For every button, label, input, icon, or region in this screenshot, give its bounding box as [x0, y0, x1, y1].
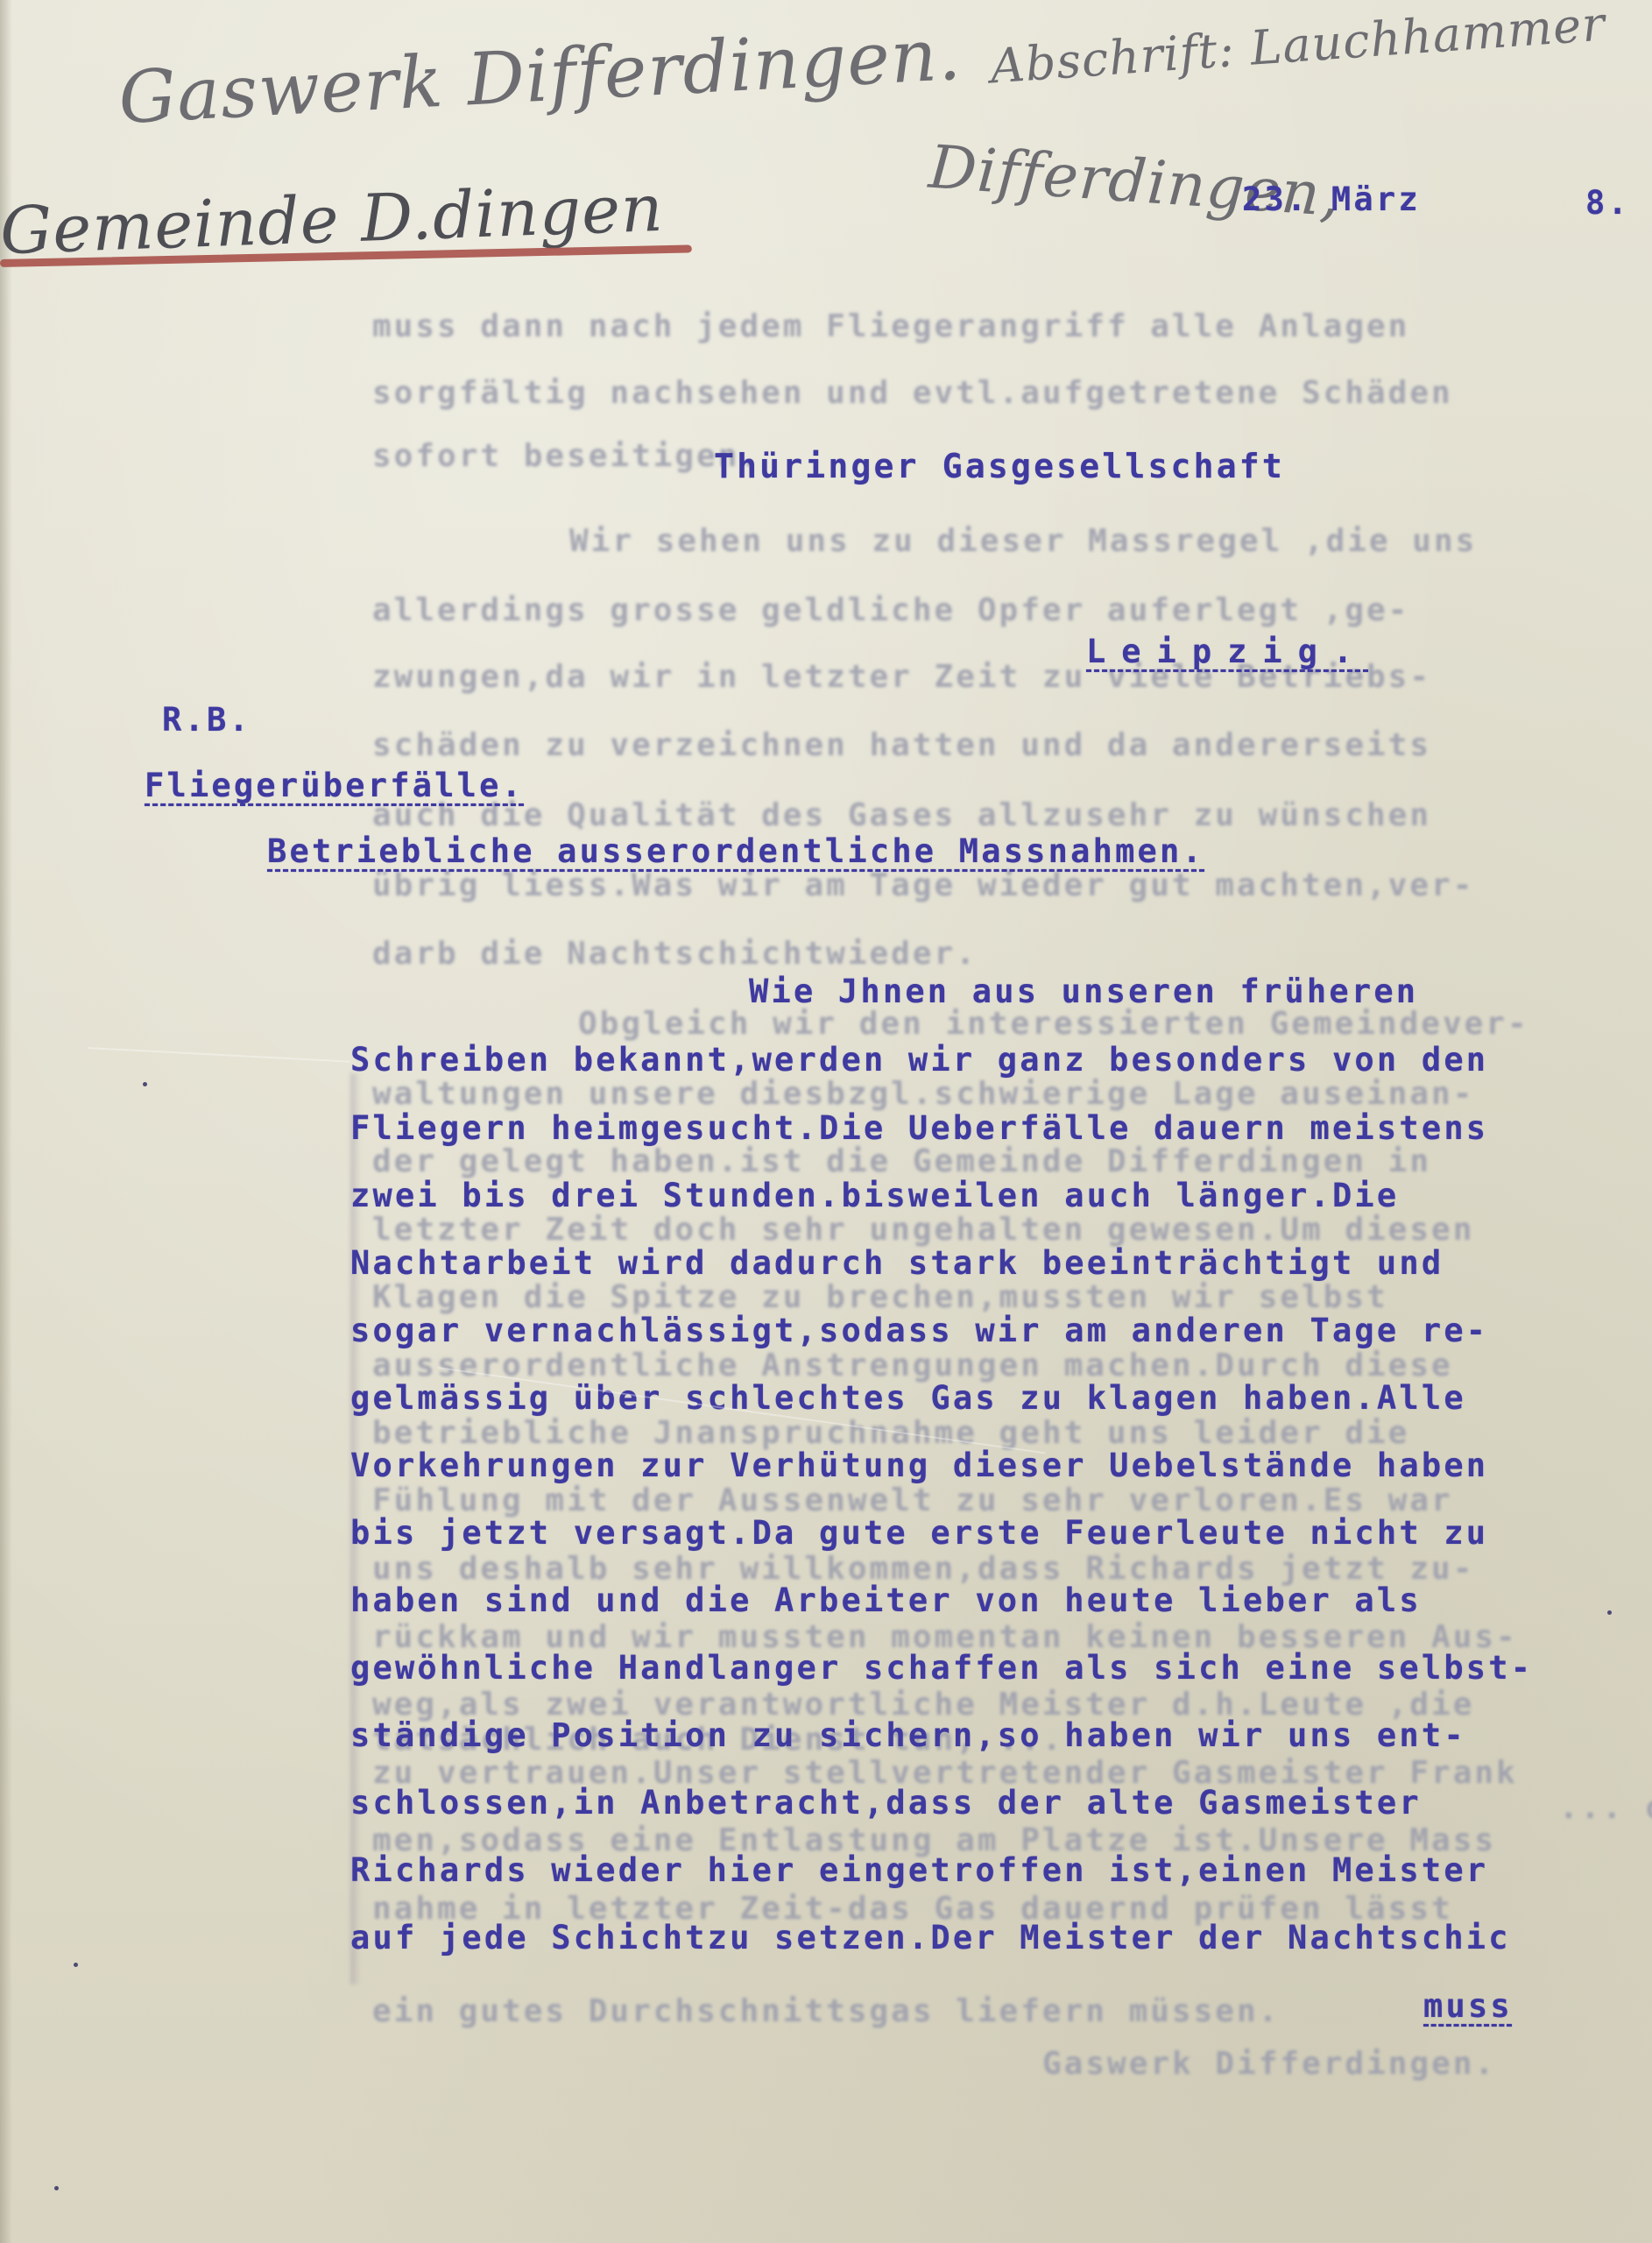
ghost-line: darb die Nachtschichtwieder. [372, 936, 978, 972]
body-line: Richards wieder hier eingetroffen ist,ei… [350, 1851, 1488, 1889]
ghost-line: auch die Qualität des Gases allzusehr zu… [372, 797, 1431, 833]
body-line: Nachtarbeit wird dadurch stark beeinträc… [350, 1244, 1444, 1282]
ghost-line: allerdings grosse geldliche Opfer auferl… [372, 592, 1409, 628]
body-line: Schreiben bekannt,werden wir ganz besond… [350, 1041, 1488, 1079]
ghost-line: sofort beseitigen. [372, 438, 761, 474]
ghost-line: ein gutes Durchschnittsgas liefern müsse… [372, 1993, 1280, 2029]
ghost-line: muss dann nach jedem Fliegerangriff alle… [372, 308, 1409, 344]
ghost-line: ausserordentliche Anstrengungen machen.D… [372, 1348, 1453, 1383]
body-line: sogar vernachlässigt,sodass wir am ander… [350, 1312, 1488, 1349]
body-line: haben sind und die Arbeiter von heute li… [350, 1581, 1422, 1619]
body-line: Fliegern heimgesucht.Die Ueberfälle daue… [350, 1109, 1488, 1147]
body-line: ständige Position zu sichern,so haben wi… [350, 1716, 1466, 1754]
paper-speck [1607, 1610, 1612, 1615]
ghost-line: Klagen die Spitze zu brechen,mussten wir… [372, 1279, 1388, 1315]
body-line: gelmässig über schlechtes Gas zu klagen … [350, 1379, 1466, 1417]
ghost-line: schäden zu verzeichnen hatten und da and… [372, 727, 1431, 763]
body-line: Vorkehrungen zur Verhütung dieser Uebels… [350, 1447, 1488, 1484]
body-line: schlossen,in Anbetracht,dass der alte Ga… [350, 1784, 1422, 1822]
reference-label: R.B. [162, 701, 251, 739]
recipient-city: Leipzig. [1086, 633, 1368, 670]
ghost-line: Fühlung mit der Aussenwelt zu sehr verlo… [372, 1482, 1453, 1518]
ghost-line: ... om- [1559, 1790, 1652, 1826]
page-edge-shadow [0, 0, 12, 2243]
letter-year-suffix: 8. [1585, 184, 1630, 222]
body-line: zwei bis drei Stunden.bisweilen auch län… [350, 1177, 1399, 1214]
ghost-signature: Gaswerk Differdingen. [1042, 2046, 1496, 2082]
ghost-line: der gelegt haben.ist die Gemeinde Differ… [372, 1143, 1431, 1179]
ghost-line: sorgfältig nachsehen und evtl.aufgetrete… [372, 375, 1453, 411]
body-line: bis jetzt versagt.Da gute erste Feuerleu… [350, 1514, 1488, 1552]
body-line: Wie Jhnen aus unseren früheren [749, 973, 1418, 1010]
subject-line-2: Betriebliche ausserordentliche Massnahme… [267, 832, 1204, 870]
paper-speck [74, 1963, 78, 1967]
letter-date: 23. März [1242, 180, 1421, 218]
ghost-line: betriebliche Jnanspruchnahme geht uns le… [372, 1415, 1409, 1451]
ghost-line: übrig liess.Was wir am Tage wieder gut m… [372, 867, 1474, 903]
ghost-line: letzter Zeit doch sehr ungehalten gewese… [372, 1212, 1474, 1248]
paper-speck [143, 1082, 147, 1086]
paper-speck [54, 2186, 59, 2190]
body-line: auf jede Schichtzu setzen.Der Meister de… [350, 1919, 1511, 1956]
body-line: gewöhnliche Handlanger schaffen als sich… [350, 1649, 1533, 1687]
recipient-name: Thüringer Gasgesellschaft [714, 447, 1285, 485]
ghost-line: waltungen unsere diesbzgl.schwierige Lag… [372, 1076, 1474, 1112]
ghost-line: Obgleich wir den interessierten Gemeinde… [578, 1006, 1529, 1042]
subject-line-1: Fliegerüberfälle. [145, 767, 524, 804]
ghost-line: Wir sehen uns zu dieser Massregel ,die u… [569, 523, 1477, 559]
catchword: muss [1423, 1987, 1513, 2025]
